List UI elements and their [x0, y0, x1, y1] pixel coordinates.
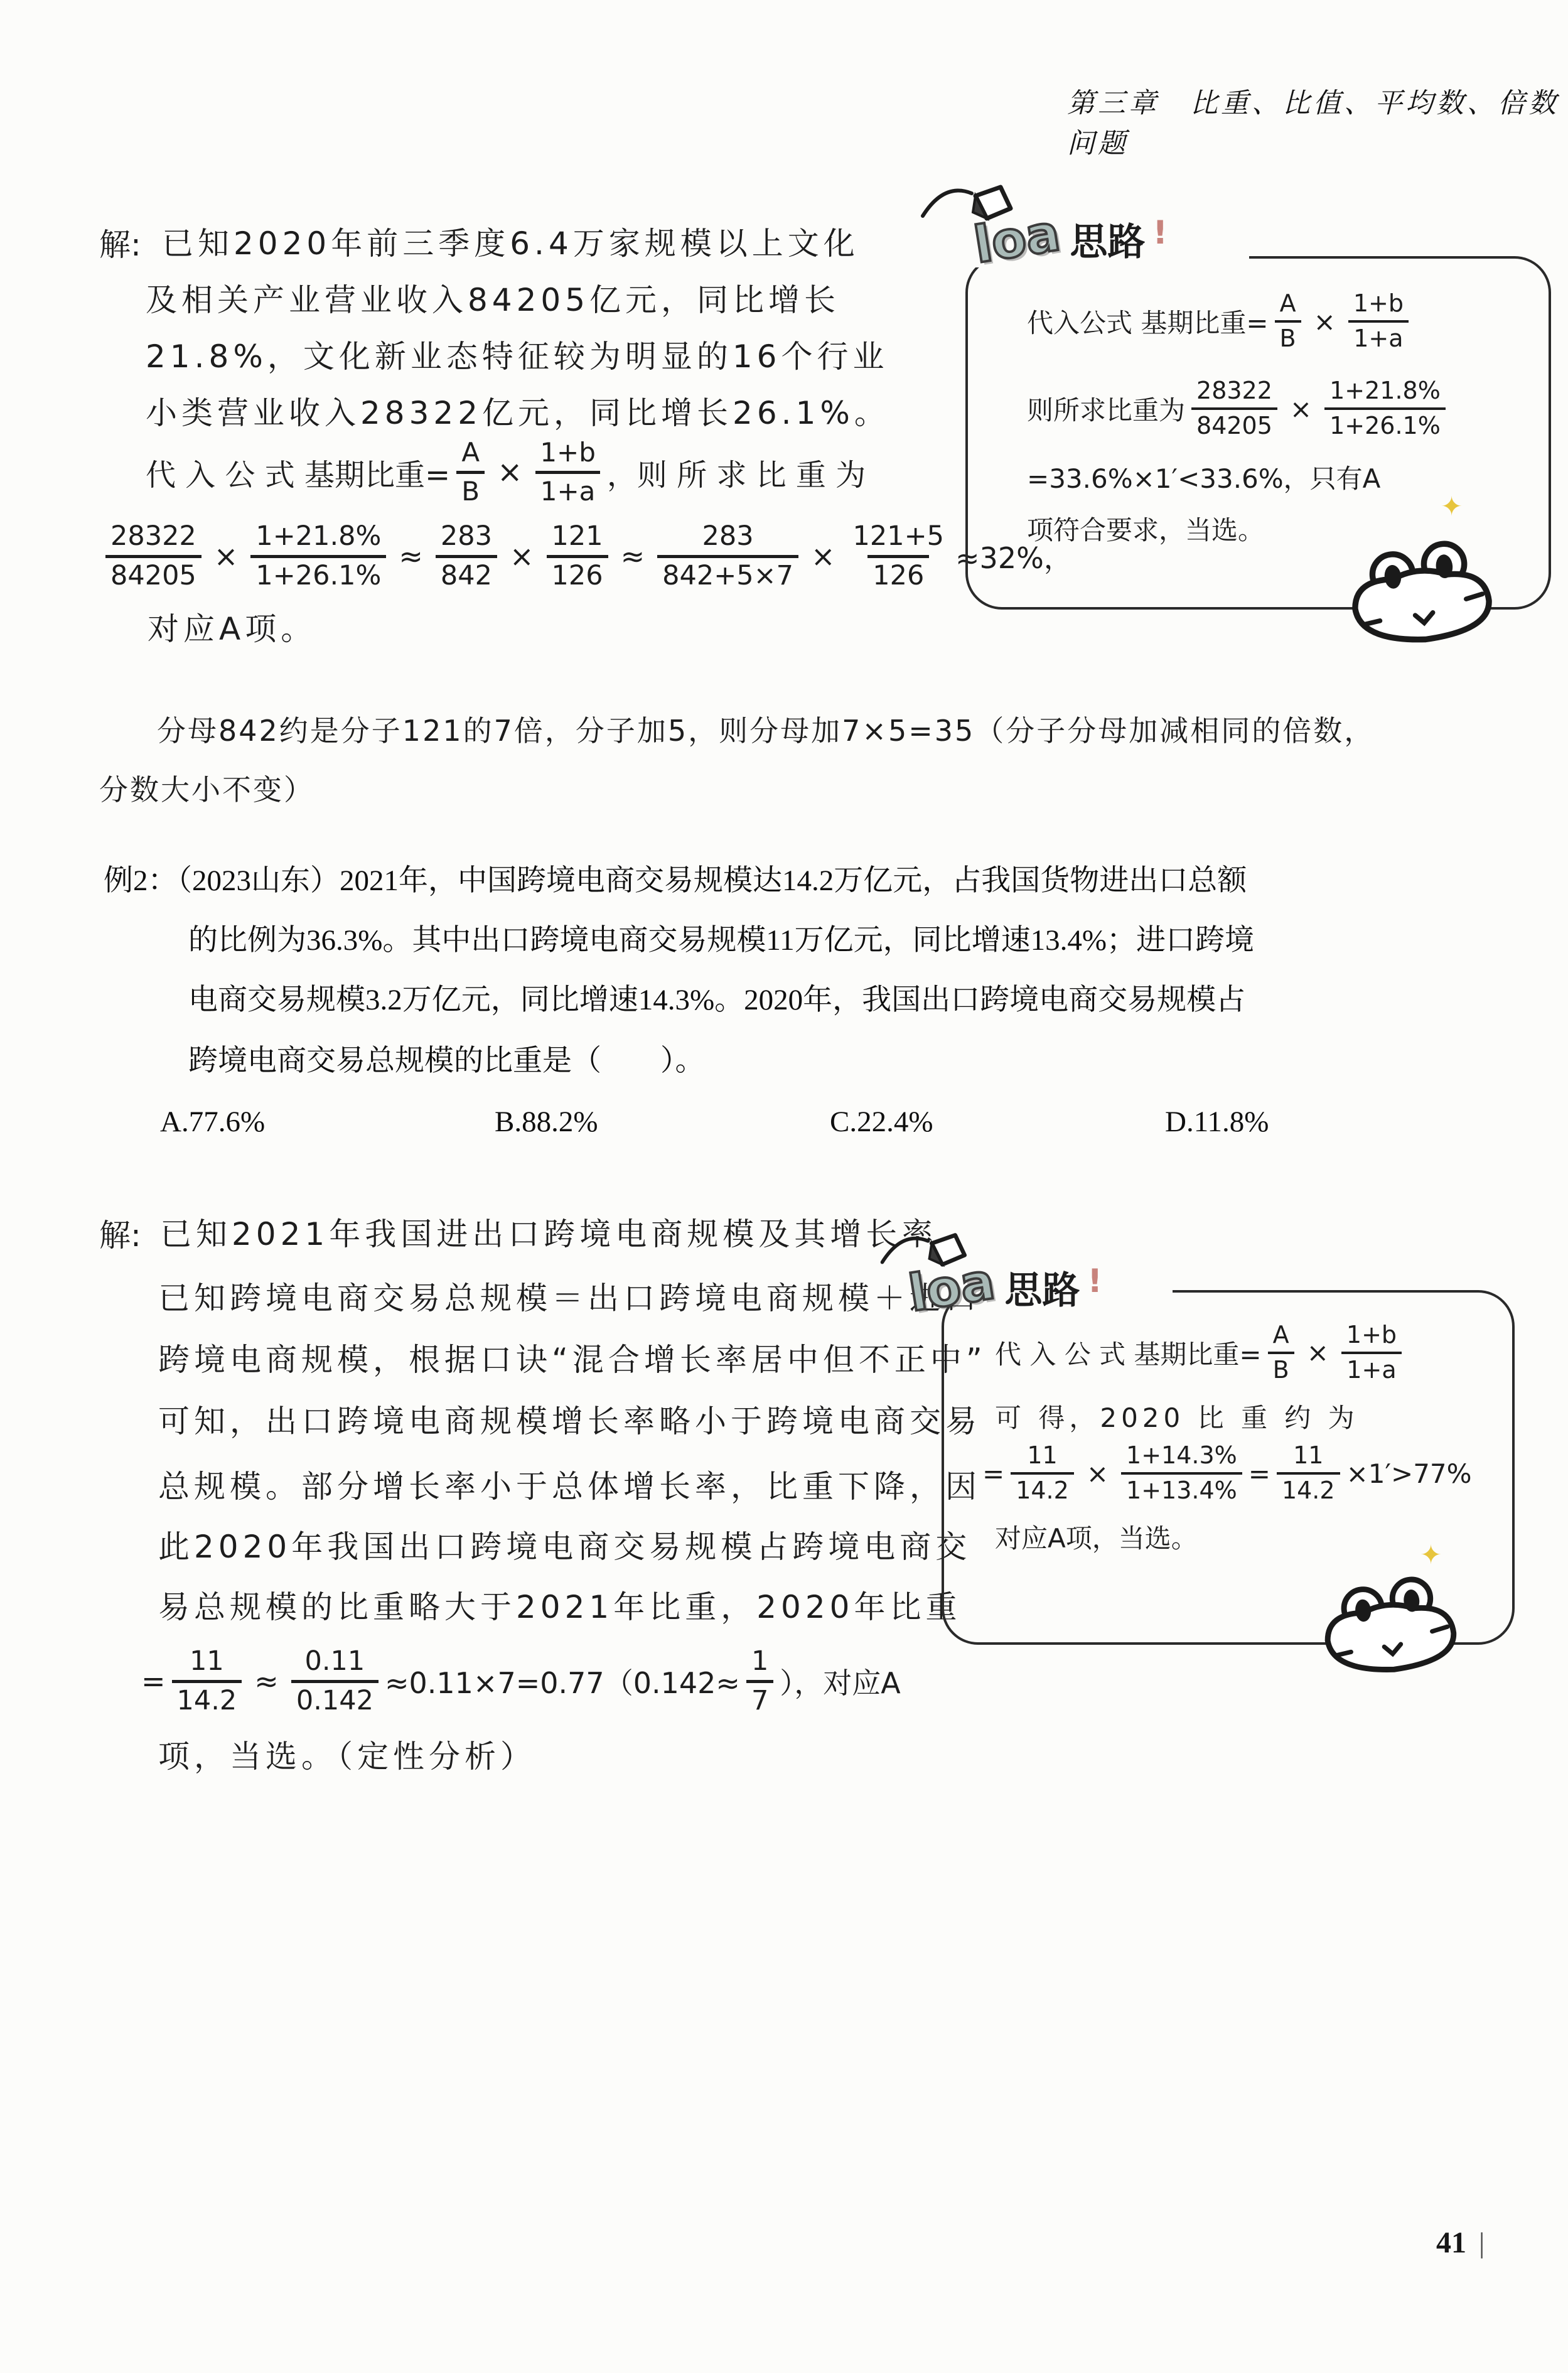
option-a: A.77.6%: [160, 1105, 265, 1139]
hint-box-2-label: loa 思路 !: [909, 1261, 1102, 1315]
fraction: 121+5 126: [848, 521, 949, 591]
multiply-sign: ×: [1307, 1337, 1329, 1368]
solution1-line1: 已知2020年前三季度6.4万家规模以上文化: [162, 218, 859, 264]
solution1-line4: 小类营业收入28322亿元，同比增长26.1%。: [146, 388, 890, 433]
fraction: 1 7: [746, 1646, 773, 1716]
exclamation-icon: !: [1152, 214, 1168, 252]
footer-bar: |: [1479, 2226, 1485, 2259]
fraction: 11 14.2: [172, 1646, 242, 1716]
frog-doodle-icon: [1339, 534, 1505, 654]
hint-title: 思路: [1070, 212, 1145, 266]
frog-doodle-icon: [1311, 1571, 1469, 1684]
formula-text: 代 入 公 式 基期比重=: [146, 451, 450, 494]
fraction: 28322 84205: [1191, 377, 1277, 439]
fraction: 121 126: [547, 521, 608, 591]
example2-line3: 电商交易规模3.2万亿元，同比增速14.3%。2020年，我国出口跨境电商交易规…: [188, 976, 1245, 1018]
hint-box-2-line2: 可 得，2020 比 重 约 为: [995, 1397, 1359, 1435]
solution2-line6: 此2020年我国出口跨境电商交易规模占跨境电商交: [158, 1522, 971, 1567]
multiply-sign: ×: [1087, 1458, 1109, 1489]
fraction: 1+21.8% 1+26.1%: [1324, 377, 1446, 439]
note-line2: 分数大小不变）: [99, 767, 314, 809]
solution2-closing: 项，当选。（定性分析）: [158, 1731, 536, 1777]
solution2-line5: 总规模。部分增长率小于总体增长率，比重下降，因: [158, 1461, 981, 1507]
option-b: B.88.2%: [495, 1105, 598, 1139]
equals-sign: =: [1248, 1458, 1270, 1489]
loa-logo-icon: loa: [906, 1256, 998, 1319]
multiply-sign: ×: [1314, 306, 1336, 337]
approx-sign: ≈: [254, 1664, 279, 1698]
page-number: 41: [1436, 2225, 1466, 2260]
fraction: 283 842+5×7: [657, 521, 798, 591]
fraction: A B: [456, 438, 485, 507]
approx-sign: ≈: [621, 539, 645, 573]
formula-text: ），对应A: [780, 1660, 900, 1702]
multiply-sign: ×: [214, 539, 239, 573]
solution2-label: 解:: [99, 1210, 141, 1256]
hint-box-2-line4: 对应A项，当选。: [995, 1518, 1198, 1556]
fraction: 283 842: [436, 521, 497, 591]
example2-line1: 例2：（2023山东）2021年，中国跨境电商交易规模达14.2万亿元，占我国货…: [104, 857, 1247, 899]
solution2-line3: 跨境电商规模，根据口诀“混合增长率居中但不正中”: [158, 1335, 987, 1380]
formula-text: 代 入 公 式 基期比重=: [995, 1334, 1262, 1372]
multiply-sign: ×: [1290, 394, 1312, 424]
formula-text: ，则 所 求 比 重 为: [607, 451, 866, 494]
chapter-header: 第三章 比重、比值、平均数、倍数问题: [1067, 80, 1568, 161]
fraction: 1+b 1+a: [1341, 1321, 1402, 1384]
fraction: A B: [1268, 1321, 1294, 1384]
option-c: C.22.4%: [830, 1105, 933, 1139]
solution2-line7: 易总规模的比重略大于2021年比重，2020年比重: [158, 1582, 962, 1627]
solution1-formula: 28322 84205 × 1+21.8% 1+26.1% ≈ 283 842 …: [99, 512, 1073, 600]
fraction: 0.11 0.142: [291, 1646, 379, 1716]
hint-box-2-line1: 代 入 公 式 基期比重= A B × 1+b 1+a: [995, 1313, 1408, 1392]
multiply-sign: ×: [497, 455, 522, 490]
equals-sign: =: [141, 1664, 166, 1698]
hint-box-1-label: loa 思路 !: [974, 212, 1168, 266]
solution2-line1: 已知2021年我国进出口跨境电商规模及其增长率，: [160, 1209, 973, 1254]
sparkle-icon: ✦: [1420, 1539, 1442, 1571]
multiply-sign: ×: [811, 539, 835, 573]
solution1-formula-intro: 代 入 公 式 基期比重= A B × 1+b 1+a ，则 所 求 比 重 为: [146, 431, 866, 514]
fraction: 11 14.2: [1277, 1442, 1340, 1504]
formula-text: ≈0.11×7=0.77（0.142≈: [385, 1660, 740, 1702]
sparkle-icon: ✦: [1441, 491, 1463, 522]
solution1-line3: 21.8%，文化新业态特征较为明显的16个行业: [146, 331, 888, 377]
example2-line2: 的比例为36.3%。其中出口跨境电商交易规模11万亿元，同比增速13.4%；进口…: [188, 917, 1254, 959]
formula-text: 则所求比重为: [1027, 390, 1185, 428]
approx-sign: ≈: [399, 539, 423, 573]
hint-box-1-line1: 代入公式 基期比重= A B × 1+b 1+a: [1027, 284, 1415, 359]
hint-box-2-line3: = 11 14.2 × 1+14.3% 1+13.4% = 11 14.2 ×1…: [982, 1433, 1472, 1514]
note-line1: 分母842约是分子121的7倍，分子加5，则分母加7×5=35（分子分母加减相同…: [157, 708, 1375, 750]
solution2-line2: 已知跨境电商交易总规模＝出口跨境电商规模＋进口: [158, 1273, 981, 1318]
hint-title: 思路: [1004, 1261, 1080, 1315]
equals-sign: =: [982, 1458, 1004, 1489]
formula-text: ×1′>77%: [1346, 1458, 1472, 1489]
fraction: 1+21.8% 1+26.1%: [250, 521, 386, 591]
solution1-closing: 对应A项。: [148, 604, 316, 649]
solution1-label: 解:: [99, 220, 141, 265]
exclamation-icon: !: [1087, 1262, 1102, 1300]
fraction: 11 14.2: [1011, 1442, 1074, 1504]
formula-text: 代入公式 基期比重=: [1027, 303, 1269, 340]
solution2-line4: 可知，出口跨境电商规模增长率略小于跨境电商交易: [158, 1396, 981, 1441]
fraction: 1+b 1+a: [1348, 290, 1409, 352]
page-footer: 41 |: [1436, 2225, 1485, 2260]
fraction: A B: [1275, 290, 1301, 352]
solution2-formula: = 11 14.2 ≈ 0.11 0.142 ≈0.11×7=0.77（0.14…: [141, 1637, 901, 1725]
hint-box-1-line4: 项符合要求，当选。: [1027, 510, 1264, 547]
loa-logo-icon: loa: [971, 208, 1063, 271]
textbook-page: 第三章 比重、比值、平均数、倍数问题 解: 已知2020年前三季度6.4万家规模…: [0, 0, 1568, 2373]
option-d: D.11.8%: [1165, 1105, 1269, 1139]
hint-box-1-line3: =33.6%×1′<33.6%，只有A: [1027, 458, 1380, 496]
fraction: 1+14.3% 1+13.4%: [1121, 1442, 1242, 1504]
example2-line4: 跨境电商交易总规模的比重是（ ）。: [188, 1037, 705, 1079]
hint-box-1-line2: 则所求比重为 28322 84205 × 1+21.8% 1+26.1%: [1027, 368, 1452, 449]
fraction: 28322 84205: [105, 521, 201, 591]
fraction: 1+b 1+a: [535, 438, 601, 507]
multiply-sign: ×: [510, 539, 534, 573]
solution1-line2: 及相关产业营业收入84205亿元，同比增长: [146, 275, 840, 320]
